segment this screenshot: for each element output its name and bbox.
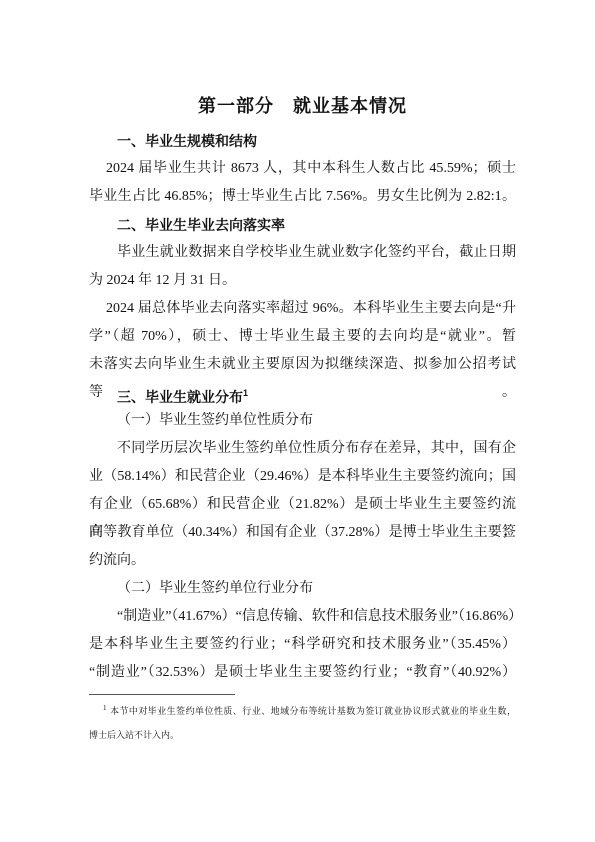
footnote-line: 博士后入站不计入内。 [89,722,516,749]
section-1-heading: 一、毕业生规模和结构 [89,127,516,155]
subsection-2-heading: （二）毕业生签约单位行业分布 [89,575,516,603]
footnote-line: 1本节中对毕业生签约单位性质、行业、地域分布等统计基数为签订就业协议形式就业的毕… [89,695,516,722]
body-line: 不同学历层次毕业生签约单位性质分布存在差异，其中，国有企 [89,435,516,463]
page-content: 第一部分 就业基本情况 一、毕业生规模和结构 2024 届毕业生共计 8673 … [89,0,516,749]
body-line: 有企业（65.68%）和民营企业（21.82%）是硕士毕业生主要签约流向； [89,491,516,519]
footnote-text: 本节中对毕业生签约单位性质、行业、地域分布等统计基数为签订就业协议形式就业的毕业… [110,706,517,716]
body-line: “制造业”（41.67%）“信息传输、软件和信息技术服务业”（16.86%） [89,603,516,631]
body-line: 毕业生占比 46.85%；博士毕业生占比 7.56%。男女生比例为 2.82:1… [89,183,516,211]
body-line: 学”（超 70%），硕士、博士毕业生最主要的去向均是“就业”。暂 [89,323,516,351]
body-line: 为 2024 年 12 月 31 日。 [89,267,516,295]
page-title: 第一部分 就业基本情况 [89,91,516,121]
body-line: 是本科毕业生主要签约行业；“科学研究和技术服务业”（35.45%） [89,631,516,659]
body-line: 高等教育单位（40.34%）和国有企业（37.28%）是博士毕业生主要签 [89,519,516,547]
body-line: 2024 届毕业生共计 8673 人，其中本科生人数占比 45.59%；硕士 [89,155,516,183]
body-line: 毕业生就业数据来自学校毕业生就业数字化签约平台，截止日期 [89,239,516,267]
footnote-marker: 1 [103,704,107,712]
report-page: 第一部分 就业基本情况 一、毕业生规模和结构 2024 届毕业生共计 8673 … [0,0,595,842]
footnote-reference-marker: 1 [243,388,248,398]
body-line: 约流向。 [89,547,516,575]
body-line: 未落实去向毕业生未就业主要原因为拟继续深造、拟参加公招考试等。 [89,351,516,379]
body-line: 2024 届总体毕业去向落实率超过 96%。本科毕业生主要去向是“升 [89,295,516,323]
section-3-heading-text: 三、毕业生就业分布 [117,389,243,405]
body-line: 业（58.14%）和民营企业（29.46%）是本科毕业生主要签约流向；国 [89,463,516,491]
section-2-heading: 二、毕业生毕业去向落实率 [89,211,516,239]
subsection-1-heading: （一）毕业生签约单位性质分布 [89,407,516,435]
body-line: “制造业”（32.53%）是硕士毕业生主要签约行业；“教育”（40.92%） [89,659,516,687]
